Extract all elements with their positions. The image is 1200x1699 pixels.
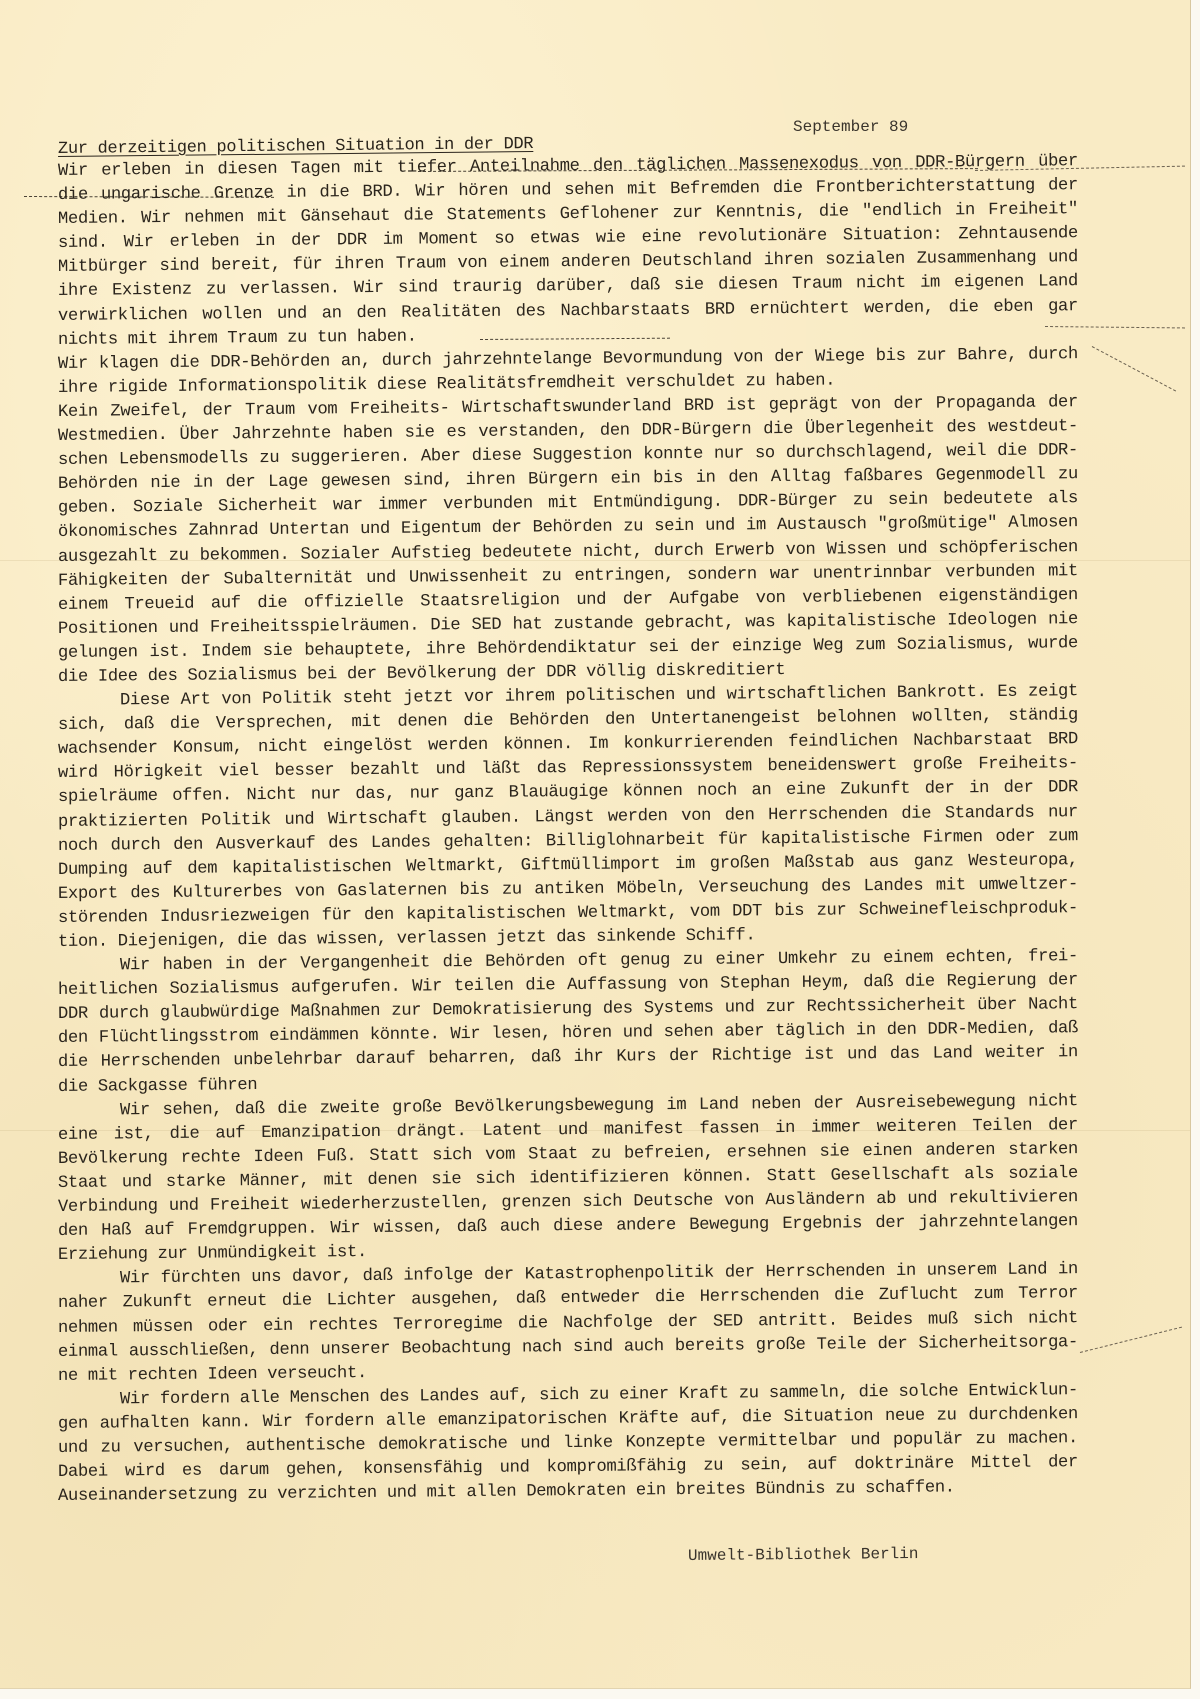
document-body: Wir erleben in diesen Tagen mit tiefer A… (58, 160, 1078, 1509)
document-page: Zur derzeitigen politischen Situation in… (0, 0, 1191, 1689)
document-date: September 89 (793, 118, 908, 136)
margin-pen-line (1092, 346, 1176, 391)
document-header: Zur derzeitigen politischen Situation in… (58, 116, 918, 150)
margin-pen-line (1080, 1327, 1182, 1353)
document-signature: Umwelt-Bibliothek Berlin (688, 1545, 919, 1565)
